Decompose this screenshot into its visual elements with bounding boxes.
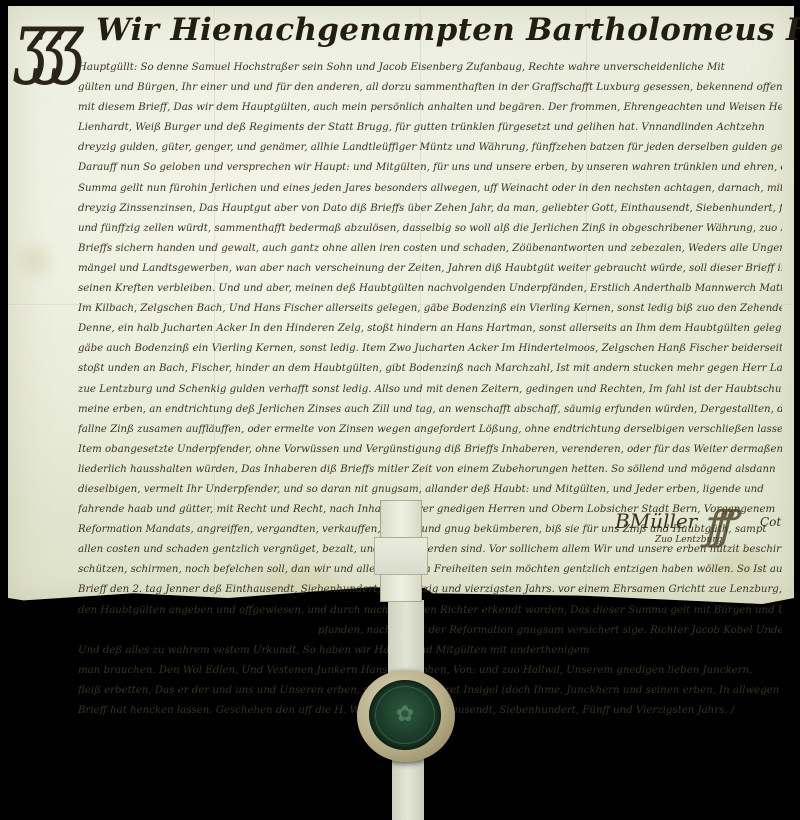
manuscript-line: Lienhardt, Weiß Burger und deß Regiments… (78, 118, 782, 138)
manuscript-line: Hauptgüllt: So denne Samuel Hochstraßer … (78, 58, 782, 78)
manuscript-line: Im Kilbach, Zelgschen Bach, Und Hans Fis… (78, 299, 782, 319)
signature-block: BMüller ꝭꝭꝭ Cot Zuo Lentzburg (615, 505, 785, 565)
stain (20, 246, 50, 276)
signature-name: BMüller (615, 509, 697, 533)
signature-place: Zuo Lentzburg (655, 535, 722, 545)
document-heading: Wir Hienachgenampten Bartholomeus Hochst… (96, 10, 786, 50)
manuscript-line: mängel und Landtsgewerben, wan aber nach… (78, 259, 782, 279)
manuscript-line: meine erben, an endtrichtung deß Jerlich… (78, 400, 782, 420)
manuscript-line: dieselbigen, vermelt Ihr Underpfender, u… (78, 480, 782, 500)
manuscript-line: Darauff nun So geloben und versprechen w… (78, 158, 782, 178)
manuscript-line: pfanden, nach Inhalt der Reformation gnu… (78, 621, 782, 641)
manuscript-line: Denne, ein halb Jucharten Acker In den H… (78, 319, 782, 339)
signature-suffix: Cot (760, 515, 781, 529)
manuscript-line: Summa gellt nun fürohin Jerlichen und ei… (78, 179, 782, 199)
manuscript-line: Item obangesetzte Underpfender, ohne Vor… (78, 440, 782, 460)
seal-emblem-icon: ✿ (369, 702, 441, 727)
manuscript-line: gülten und Bürgen, Ihr einer und und für… (78, 78, 782, 98)
wax-seal-icon: ✿ (369, 680, 441, 750)
manuscript-line: gäbe auch Bodenzinß ein Vierling Kernen,… (78, 339, 782, 359)
manuscript-line: seinen Kreften verbleiben. Und und aber,… (78, 279, 782, 299)
manuscript-line: Brieffs sichern handen und gewalt, auch … (78, 239, 782, 259)
document-body: Hauptgüllt: So denne Samuel Hochstraßer … (78, 58, 782, 721)
manuscript-line: dreyzig Zinssenzinsen, Das Hauptgut aber… (78, 199, 782, 219)
manuscript-line: stoßt unden an Bach, Fischer, hinder an … (78, 359, 782, 379)
manuscript-line: und fünffzig zellen würdt, sammenthafft … (78, 219, 782, 239)
manuscript-line: Brieff den 2. tag Jenner deß Einthausend… (78, 580, 782, 600)
manuscript-line: fallne Zinß zusamen auffläuffen, oder er… (78, 420, 782, 440)
manuscript-line: dreyzig gulden, güter, genger, und genäm… (78, 138, 782, 158)
manuscript-line: Und deß alles zu wahrem vestem Urkundt, … (78, 641, 782, 661)
manuscript-line: liederlich hausshalten würden, Das Inhab… (78, 460, 782, 480)
manuscript-line: den Haubtgülten angeben und offgewiesen,… (78, 601, 782, 621)
manuscript-line: mit diesem Brieff, Das wir dem Hauptgült… (78, 98, 782, 118)
manuscript-line: zue Lentzburg und Schenkig gulden verhaf… (78, 380, 782, 400)
seal-strip-loop (374, 537, 428, 575)
